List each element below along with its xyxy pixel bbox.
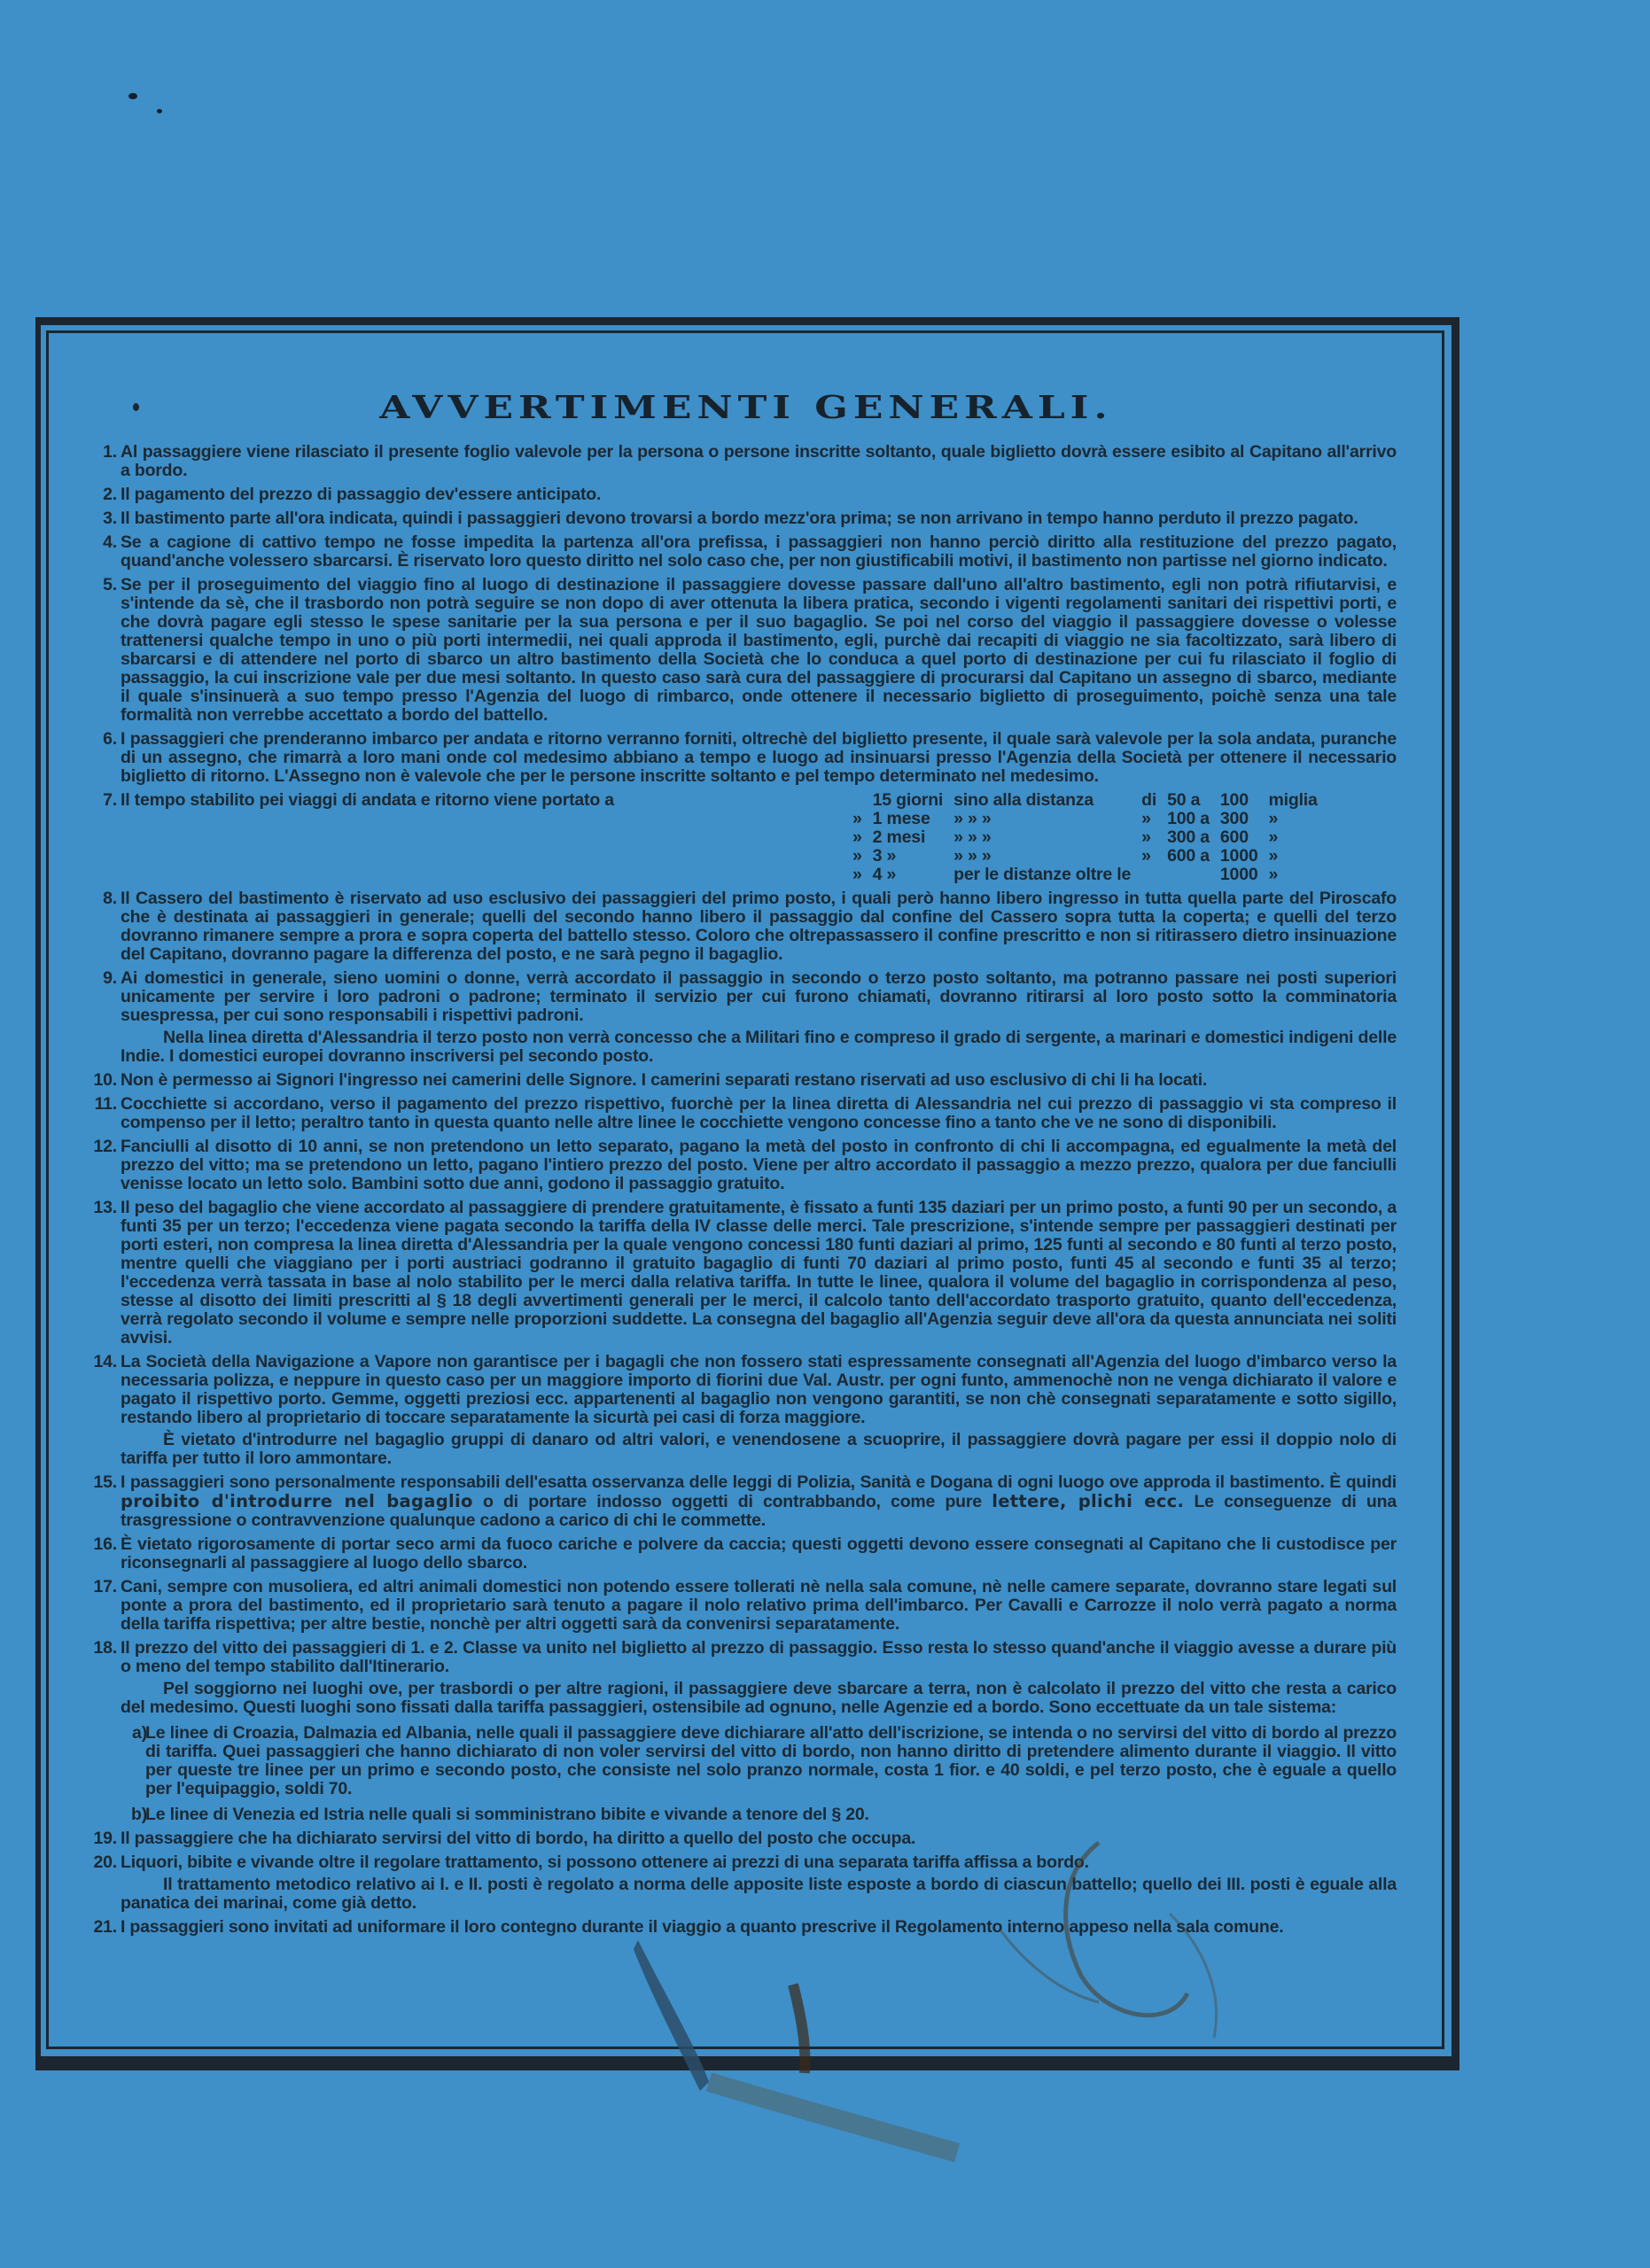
distance-cell: 50 a — [1162, 791, 1215, 810]
distance-row: »2 mesi» » »»300 a600» — [847, 828, 1323, 847]
notice-number: 8. — [90, 889, 117, 908]
distance-cell: » — [1264, 828, 1323, 847]
notice-item: 14.La Società della Navigazione a Vapore… — [96, 1353, 1397, 1468]
sub-item-letter: a) — [121, 1724, 147, 1743]
notice-paragraph: È vietato rigorosamente di portar seco a… — [121, 1535, 1397, 1573]
bold-emphasis: proibito d'introdurre nel bagaglio — [121, 1491, 473, 1511]
notice-item: 10.Non è permesso ai Signori l'ingresso … — [96, 1071, 1397, 1090]
distance-cell: » — [847, 866, 868, 884]
notice-paragraph: Nella linea diretta d'Alessandria il ter… — [121, 1029, 1397, 1066]
notice-item: 5.Se per il proseguimento del viaggio fi… — [96, 576, 1397, 725]
notice-paragraph: Il pagamento del prezzo di passaggio dev… — [121, 485, 1397, 504]
distance-cell: » — [1264, 810, 1323, 828]
notice-number: 13. — [90, 1199, 117, 1217]
notice-item: 21.I passaggieri sono invitati ad unifor… — [96, 1918, 1397, 1937]
notice-list: 1.Al passaggiere viene rilasciato il pre… — [96, 443, 1397, 1942]
notice-paragraph: Ai domestici in generale, sieno uomini o… — [121, 969, 1397, 1025]
notice-item: 16.È vietato rigorosamente di portar sec… — [96, 1535, 1397, 1573]
notice-number: 20. — [90, 1853, 117, 1872]
distance-cell: 100 — [1215, 791, 1264, 810]
notice-number: 15. — [90, 1473, 117, 1492]
notice-paragraph: Liquori, bibite e vivande oltre il regol… — [121, 1853, 1397, 1872]
distance-schedule: Il tempo stabilito pei viaggi di andata … — [121, 791, 1397, 884]
distance-cell: 3 » — [868, 847, 948, 866]
notice-paragraph: Pel soggiorno nei luoghi ove, per trasbo… — [121, 1680, 1397, 1717]
notice-paragraph: Il tempo stabilito pei viaggi di andata … — [121, 790, 614, 810]
text-segment: o di portare indosso oggetti di contrabb… — [473, 1492, 992, 1511]
notice-item: 20.Liquori, bibite e vivande oltre il re… — [96, 1853, 1397, 1913]
notice-paragraph: Al passaggiere viene rilasciato il prese… — [121, 443, 1397, 480]
distance-cell: 600 — [1215, 828, 1264, 847]
notice-number: 6. — [90, 730, 117, 749]
notice-paragraph: Il Cassero del bastimento è riservato ad… — [121, 889, 1397, 964]
distance-row: »1 mese» » »»100 a300» — [847, 810, 1323, 828]
notice-paragraph: Se a cagione di cattivo tempo ne fosse i… — [121, 533, 1397, 571]
notice-paragraph: Cani, sempre con musoliera, ed altri ani… — [121, 1578, 1397, 1634]
distance-cell: » — [1136, 810, 1162, 828]
distance-cell: di — [1136, 791, 1162, 810]
distance-cell: » — [847, 847, 868, 866]
distance-cell: sino alla distanza — [948, 791, 1136, 810]
sub-item-text: Le linee di Croazia, Dalmazia ed Albania… — [145, 1724, 1397, 1798]
notice-number: 17. — [90, 1578, 117, 1596]
notice-paragraph: I passaggieri che prenderanno imbarco pe… — [121, 730, 1397, 786]
distance-cell — [1136, 866, 1162, 884]
notice-number: 12. — [90, 1138, 117, 1156]
distance-cell — [1162, 866, 1215, 884]
notice-number: 16. — [90, 1535, 117, 1554]
distance-cell: 600 a — [1162, 847, 1215, 866]
notice-item: 18.Il prezzo del vitto dei passaggieri d… — [96, 1639, 1397, 1824]
notice-paragraph: Cocchiette si accordano, verso il pagame… — [121, 1095, 1397, 1132]
notice-item: 19.Il passaggiere che ha dichiarato serv… — [96, 1829, 1397, 1848]
notice-paragraph: Il passaggiere che ha dichiarato servirs… — [121, 1829, 1397, 1848]
notice-paragraph: Il peso del bagaglio che viene accordato… — [121, 1199, 1397, 1348]
distance-row: 15 giornisino alla distanzadi50 a100migl… — [847, 791, 1323, 810]
distance-cell: 300 a — [1162, 828, 1215, 847]
distance-cell: » — [1264, 866, 1323, 884]
distance-cell: 100 a — [1162, 810, 1215, 828]
distance-row: »4 »per le distanze oltre le1000» — [847, 866, 1323, 884]
notice-number: 18. — [90, 1639, 117, 1658]
distance-cell: » — [847, 828, 868, 847]
notice-number: 19. — [90, 1829, 117, 1848]
notice-paragraph: Non è permesso ai Signori l'ingresso nei… — [121, 1071, 1397, 1090]
distance-cell: 1000 — [1215, 847, 1264, 866]
notice-item: 6.I passaggieri che prenderanno imbarco … — [96, 730, 1397, 786]
notice-number: 4. — [90, 533, 117, 552]
distance-cell: » — [1264, 847, 1323, 866]
sub-item: b)Le linee di Venezia ed Istria nelle qu… — [121, 1806, 1397, 1824]
distance-cell: » — [1136, 828, 1162, 847]
notice-item: 1.Al passaggiere viene rilasciato il pre… — [96, 443, 1397, 480]
notice-paragraph: Il prezzo del vitto dei passaggieri di 1… — [121, 1639, 1397, 1676]
notice-number: 10. — [90, 1071, 117, 1090]
notice-item: 12.Fanciulli al disotto di 10 anni, se n… — [96, 1138, 1397, 1193]
notice-paragraph: Fanciulli al disotto di 10 anni, se non … — [121, 1138, 1397, 1193]
notice-paragraph: Se per il proseguimento del viaggio fino… — [121, 576, 1397, 725]
notice-item: 8.Il Cassero del bastimento è riservato … — [96, 889, 1397, 964]
sub-item-text: Le linee di Venezia ed Istria nelle qual… — [145, 1806, 1397, 1824]
distance-cell: 4 » — [868, 866, 948, 884]
notice-number: 14. — [90, 1353, 117, 1371]
notice-number: 1. — [90, 443, 117, 462]
text-segment: I passaggieri sono personalmente respons… — [121, 1472, 1397, 1492]
notice-number: 5. — [90, 576, 117, 594]
distance-cell: per le distanze oltre le — [948, 866, 1136, 884]
distance-cell: » — [1136, 847, 1162, 866]
notice-item: 3.Il bastimento parte all'ora indicata, … — [96, 509, 1397, 528]
notice-paragraph: Il trattamento metodico relativo ai I. e… — [121, 1876, 1397, 1913]
notice-number: 7. — [90, 791, 117, 810]
notice-item: 13.Il peso del bagaglio che viene accord… — [96, 1199, 1397, 1348]
distance-cell: 15 giorni — [868, 791, 948, 810]
notice-item: 7.Il tempo stabilito pei viaggi di andat… — [96, 791, 1397, 884]
distance-table: 15 giornisino alla distanzadi50 a100migl… — [847, 791, 1323, 884]
notice-paragraph: I passaggieri sono invitati ad uniformar… — [121, 1918, 1397, 1937]
distance-cell: 1000 — [1215, 866, 1264, 884]
notice-paragraph: Il bastimento parte all'ora indicata, qu… — [121, 509, 1397, 528]
document-title: AVVERTIMENTI GENERALI. — [41, 390, 1452, 426]
sub-item: a)Le linee di Croazia, Dalmazia ed Alban… — [121, 1724, 1397, 1798]
bold-emphasis: lettere, plichi ecc. — [992, 1491, 1184, 1511]
notice-number: 21. — [90, 1918, 117, 1937]
notice-paragraph: I passaggieri sono personalmente respons… — [121, 1473, 1397, 1530]
distance-row: »3 »» » »»600 a1000» — [847, 847, 1323, 866]
distance-cell: miglia — [1264, 791, 1323, 810]
notice-number: 3. — [90, 509, 117, 528]
notice-item: 4.Se a cagione di cattivo tempo ne fosse… — [96, 533, 1397, 571]
distance-cell: 1 mese — [868, 810, 948, 828]
notice-item: 17.Cani, sempre con musoliera, ed altri … — [96, 1578, 1397, 1634]
distance-cell: » — [847, 810, 868, 828]
notice-number: 9. — [90, 969, 117, 988]
notice-item: 11.Cocchiette si accordano, verso il pag… — [96, 1095, 1397, 1132]
notice-number: 11. — [90, 1095, 117, 1114]
sub-item-letter: b) — [121, 1806, 147, 1824]
notice-number: 2. — [90, 485, 117, 504]
notice-paragraph: La Società della Navigazione a Vapore no… — [121, 1353, 1397, 1427]
notice-item: 15.I passaggieri sono personalmente resp… — [96, 1473, 1397, 1530]
document-border: AVVERTIMENTI GENERALI. 1.Al passaggiere … — [35, 317, 1459, 2070]
distance-cell: » » » — [948, 847, 1136, 866]
notice-item: 2.Il pagamento del prezzo di passaggio d… — [96, 485, 1397, 504]
notice-paragraph: È vietato d'introdurre nel bagaglio grup… — [121, 1431, 1397, 1468]
distance-cell: » » » — [948, 810, 1136, 828]
notice-item: 9.Ai domestici in generale, sieno uomini… — [96, 969, 1397, 1066]
distance-cell: 300 — [1215, 810, 1264, 828]
distance-cell: 2 mesi — [868, 828, 948, 847]
distance-cell — [847, 791, 868, 810]
distance-cell: » » » — [948, 828, 1136, 847]
